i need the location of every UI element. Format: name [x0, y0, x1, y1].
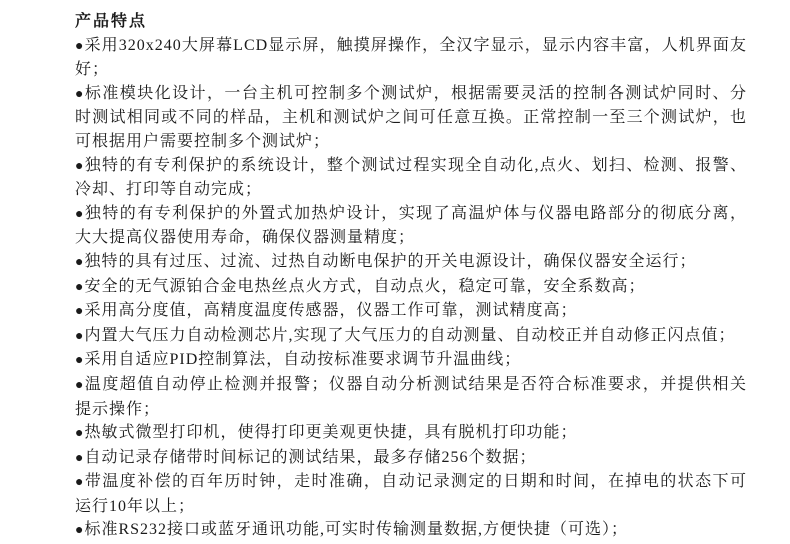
feature-text: 带温度补偿的百年历时钟，走时准确，自动记录测定的日期和时间，在掉电的状态下可运行… [75, 473, 747, 515]
feature-item: ●热敏式微型打印机，使得打印更美观更快捷，具有脱机打印功能； [75, 421, 747, 446]
feature-item: ●安全的无气源铂合金电热丝点火方式，自动点火，稳定可靠，安全系数高； [75, 275, 747, 300]
bullet-icon: ● [75, 87, 85, 102]
bullet-icon: ● [75, 475, 85, 490]
feature-item: ●采用自适应PID控制算法，自动按标准要求调节升温曲线； [75, 348, 747, 373]
feature-text: 安全的无气源铂合金电热丝点火方式，自动点火，稳定可靠，安全系数高； [84, 278, 645, 295]
page-title: 产品特点 [75, 10, 747, 34]
feature-item: ●自动记录存储带时间标记的测试结果，最多存储256个数据； [75, 446, 747, 471]
feature-list: ●采用320x240大屏幕LCD显示屏，触摸屏操作，全汉字显示，显示内容丰富，人… [75, 34, 747, 543]
feature-text: 采用高分度值，高精度温度传感器，仪器工作可靠，测试精度高； [84, 302, 577, 319]
feature-item: ●带温度补偿的百年历时钟，走时准确，自动记录测定的日期和时间，在掉电的状态下可运… [75, 470, 747, 518]
feature-text: 独特的具有过压、过流、过热自动断电保护的开关电源设计，确保仪器安全运行； [84, 253, 696, 270]
feature-text: 标准模块化设计，一台主机可控制多个测试炉，根据需要灵活的控制各测试炉同时、分时测… [75, 85, 747, 150]
feature-item: ●独特的具有过压、过流、过热自动断电保护的开关电源设计，确保仪器安全运行； [75, 250, 747, 275]
feature-item: ●独特的有专利保护的系统设计，整个测试过程实现全自动化,点火、划扫、检测、报警、… [75, 154, 747, 202]
feature-item: ●采用高分度值，高精度温度传感器，仪器工作可靠，测试精度高； [75, 299, 747, 324]
feature-item: ●标准模块化设计，一台主机可控制多个测试炉，根据需要灵活的控制各测试炉同时、分时… [75, 82, 747, 154]
feature-item: ●采用320x240大屏幕LCD显示屏，触摸屏操作，全汉字显示，显示内容丰富，人… [75, 34, 747, 82]
bullet-icon: ● [75, 39, 85, 54]
feature-text: 采用自适应PID控制算法，自动按标准要求调节升温曲线； [84, 351, 521, 368]
feature-text: 内置大气压力自动检测芯片,实现了大气压力的自动测量、自动校正并自动修正闪点值； [84, 327, 735, 344]
feature-item: ●标准RS232接口或蓝牙通讯功能,可实时传输测量数据,方便快捷（可选）； [75, 518, 747, 543]
feature-item: ●独特的有专利保护的外置式加热炉设计，实现了高温炉体与仪器电路部分的彻底分离，大… [75, 202, 747, 250]
feature-text: 热敏式微型打印机，使得打印更美观更快捷，具有脱机打印功能； [84, 424, 577, 441]
feature-text: 采用320x240大屏幕LCD显示屏，触摸屏操作，全汉字显示，显示内容丰富，人机… [75, 37, 747, 79]
feature-text: 独特的有专利保护的系统设计，整个测试过程实现全自动化,点火、划扫、检测、报警、冷… [75, 157, 747, 199]
bullet-icon: ● [75, 159, 85, 174]
feature-text: 温度超值自动停止检测并报警；仪器自动分析测试结果是否符合标准要求，并提供相关提示… [75, 376, 747, 418]
feature-text: 自动记录存储带时间标记的测试结果，最多存储256个数据； [84, 449, 536, 466]
feature-text: 独特的有专利保护的外置式加热炉设计，实现了高温炉体与仪器电路部分的彻底分离，大大… [75, 205, 747, 247]
bullet-icon: ● [75, 207, 85, 222]
bullet-icon: ● [75, 378, 85, 393]
feature-item: ●内置大气压力自动检测芯片,实现了大气压力的自动测量、自动校正并自动修正闪点值； [75, 324, 747, 349]
document-page: 产品特点 ●采用320x240大屏幕LCD显示屏，触摸屏操作，全汉字显示，显示内… [75, 10, 747, 543]
feature-text: 标准RS232接口或蓝牙通讯功能,可实时传输测量数据,方便快捷（可选）； [84, 521, 628, 538]
feature-item: ●温度超值自动停止检测并报警；仪器自动分析测试结果是否符合标准要求，并提供相关提… [75, 373, 747, 421]
